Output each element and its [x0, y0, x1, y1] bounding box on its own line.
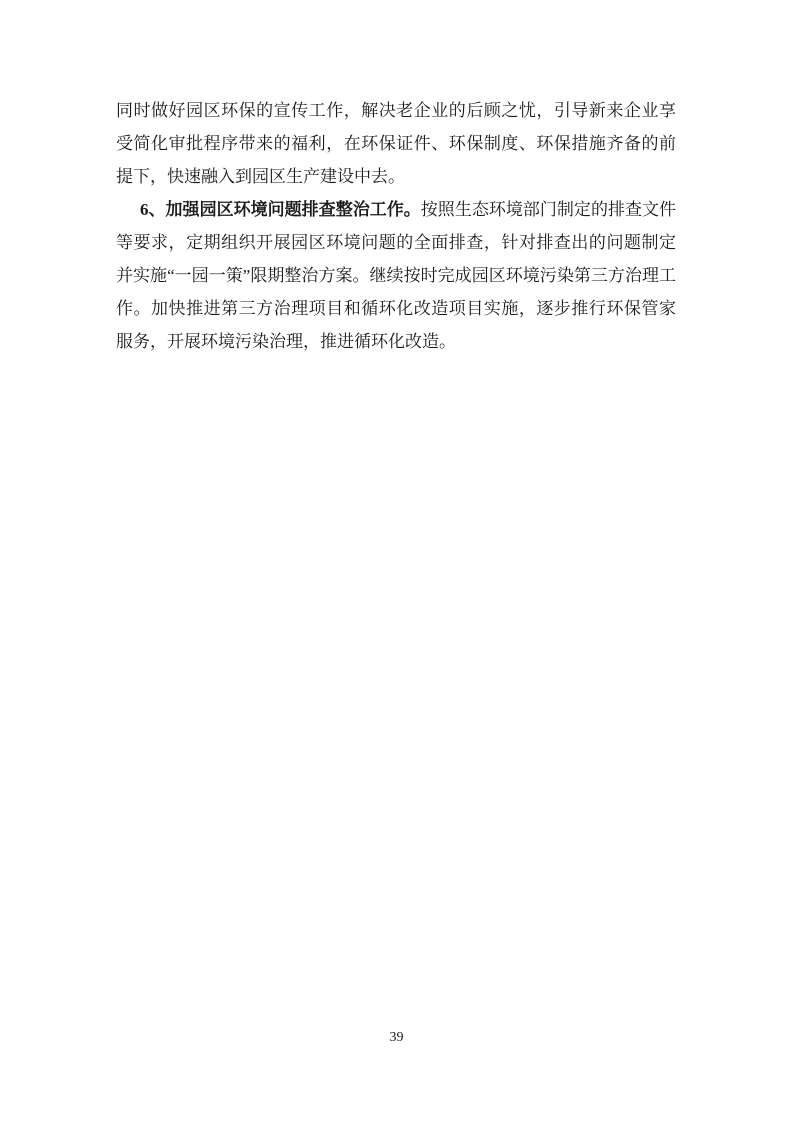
paragraph-continuation: 同时做好园区环保的宣传工作，解决老企业的后顾之忧，引导新来企业享受简化审批程序带… — [116, 94, 676, 193]
paragraph-item-6: 6、加强园区环境问题排查整治工作。按照生态环境部门制定的排查文件等要求，定期组织… — [116, 193, 676, 358]
document-page: 同时做好园区环保的宣传工作，解决老企业的后顾之忧，引导新来企业享受简化审批程序带… — [0, 0, 793, 1122]
page-number: 39 — [0, 1030, 793, 1046]
paragraph-text: 同时做好园区环保的宣传工作，解决老企业的后顾之忧，引导新来企业享受简化审批程序带… — [116, 101, 676, 186]
page-body: 同时做好园区环保的宣传工作，解决老企业的后顾之忧，引导新来企业享受简化审批程序带… — [116, 94, 676, 358]
paragraph-text: 按照生态环境部门制定的排查文件等要求，定期组织开展园区环境问题的全面排查，针对排… — [116, 200, 676, 351]
paragraph-heading-run: 6、加强园区环境问题排查整治工作。 — [140, 200, 421, 219]
